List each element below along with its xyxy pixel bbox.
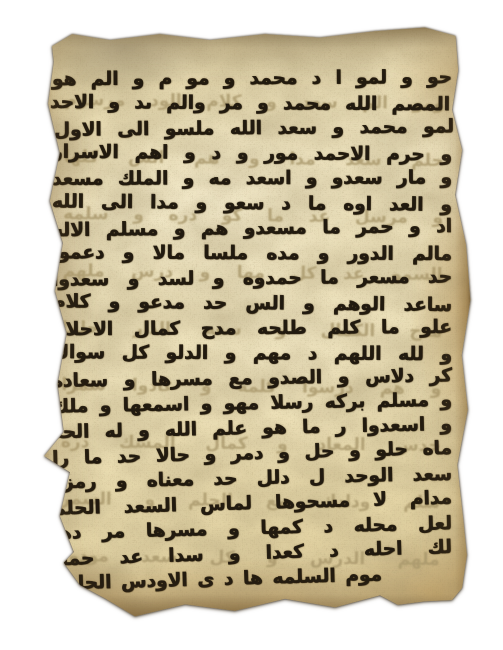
- script-line: و مار سعدو و اسعد مه و الملك مسعد: [52, 165, 452, 191]
- script-line: لمو محمد و سعد الله ملسو الى الاول: [54, 114, 454, 142]
- manuscript-page: ومو الم سعد و كلام الود مرسومحلم سعد مدا…: [36, 24, 472, 624]
- script-line: و لله اللهم د مهم و الدلو كل سواك: [52, 340, 452, 367]
- manuscript-shadow-wrap: ومو الم سعد و كلام الود مرسومحلم سعد مدا…: [36, 24, 472, 624]
- script-line: ساعد الوهم و الس حد مدعو و كلام: [52, 289, 452, 318]
- script-line: المصم الله محمد و مر والم ىد و الاحد: [50, 90, 450, 117]
- photo-canvas: ومو الم سعد و كلام الود مرسومحلم سعد مدا…: [0, 0, 503, 650]
- maintext-layer: حو و لمو ا د محمد و مو م و الم هوالمصم ا…: [52, 66, 452, 612]
- script-line: علو ما كلم طلحه مدح كمال الاحلام: [52, 315, 452, 342]
- script-line: و حرم الاحمد مور و د و اهم الاسرار: [52, 140, 452, 168]
- script-line: اد و حمر ما مسعدو هم و مسلم الاله: [52, 214, 452, 243]
- script-line: حو و لمو ا د محمد و مو م و الم هو: [52, 65, 452, 92]
- script-line: حد مسعر ما حمدوه و لسد و سعدوا: [52, 264, 452, 292]
- script-line: و العد اوه ما د سعو و مدا الى الله: [52, 189, 452, 217]
- script-line: مالم الدور و مده ملسا مالا و دعموا: [52, 240, 452, 267]
